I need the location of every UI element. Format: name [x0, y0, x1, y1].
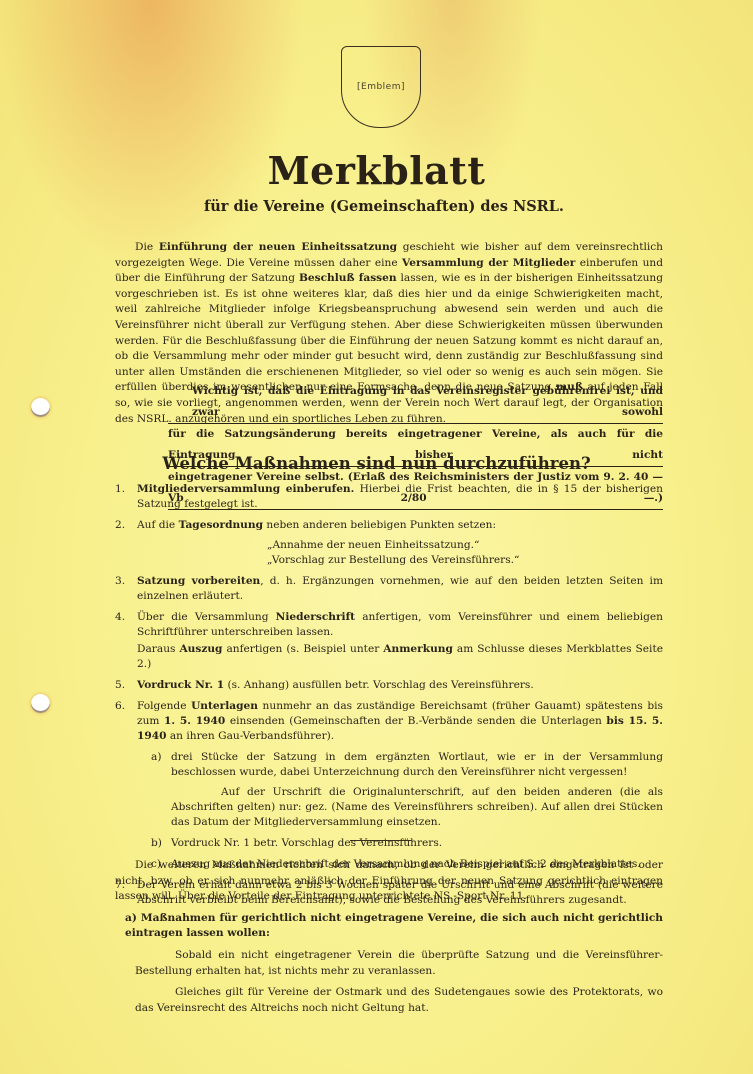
sub-item-label: b)	[151, 836, 162, 851]
section-heading: Welche Maßnahmen sind nun durchzuführen?	[0, 454, 753, 473]
sub-item-text: drei Stücke der Satzung in dem ergänzten…	[171, 751, 663, 778]
step-number: 5.	[115, 678, 125, 693]
closing-paragraph: Sobald ein nicht eingetragener Verein di…	[115, 948, 663, 979]
closing-paragraph: Gleiches gilt für Vereine der Ostmark un…	[115, 985, 663, 1016]
step-item: 3. Satzung vorbereiten, d. h. Ergänzunge…	[115, 574, 663, 604]
document-subtitle: für die Vereine (Gemeinschaften) des NSR…	[0, 198, 753, 215]
subsection-heading: a) Maßnahmen für gerichtlich nicht einge…	[115, 911, 663, 942]
section-divider	[350, 840, 412, 841]
intro-emphasis: Einführung der neuen Einheitssatzung	[159, 241, 397, 253]
notice-line: Wichtig ist, daß die Eintragung in das V…	[168, 381, 663, 424]
step-text: an ihren Gau-Verbandsführer).	[167, 730, 335, 742]
step-item: 4. Über die Versammlung Niederschrift an…	[115, 610, 663, 672]
step-emphasis: Anmerkung	[383, 643, 453, 655]
punch-hole-bottom	[31, 694, 50, 713]
step-number: 6.	[115, 699, 125, 714]
step-item: 5. Vordruck Nr. 1 (s. Anhang) ausfüllen …	[115, 678, 663, 693]
step-emphasis: Auszug	[179, 643, 222, 655]
sub-item: b) Vordruck Nr. 1 betr. Vorschlag des Ve…	[137, 836, 663, 851]
step-text: Auf die	[137, 519, 179, 531]
step-number: 1.	[115, 482, 125, 497]
sub-item-note: Auf der Urschrift die Originalunterschri…	[137, 785, 663, 830]
agenda-quote: „Annahme der neuen Einheitssatzung.“	[137, 538, 663, 553]
step-text: einsenden (Gemeinschaften der B.-Verbänd…	[225, 715, 606, 727]
step-text: (s. Anhang) ausfüllen betr. Vorschlag de…	[224, 679, 534, 691]
closing-paragraph: Die weiteren Maßnahmen richten sich dana…	[115, 858, 663, 905]
step-emphasis: Niederschrift	[276, 611, 355, 623]
intro-text: lassen, wie es in der bisherigen Einheit…	[115, 272, 663, 393]
sub-item: a) drei Stücke der Satzung in dem ergänz…	[137, 750, 663, 780]
step-emphasis: Unterlagen	[191, 700, 258, 712]
intro-text: Die	[135, 241, 159, 253]
intro-emphasis: Versammlung der Mitglieder	[402, 257, 575, 269]
closing-section: Die weiteren Maßnahmen richten sich dana…	[115, 858, 663, 1022]
step-text: Daraus	[137, 643, 179, 655]
step-text: anfertigen (s. Beispiel unter	[222, 643, 383, 655]
step-text: Über die Versammlung	[137, 611, 276, 623]
step-emphasis: Mitgliederversammlung einberufen.	[137, 483, 354, 495]
punch-hole-top	[31, 398, 50, 417]
step-number: 3.	[115, 574, 125, 589]
deadline-date: 1. 5. 1940	[164, 715, 225, 727]
agenda-quote: „Vorschlag zur Bestellung des Vereinsfüh…	[137, 553, 663, 568]
intro-emphasis: Beschluß fassen	[299, 272, 397, 284]
step-emphasis: Vordruck Nr. 1	[137, 679, 224, 691]
step-emphasis: Tagesordnung	[179, 519, 263, 531]
steps-list: 1. Mitgliederversammlung einberufen. Hie…	[115, 482, 663, 914]
step-number: 2.	[115, 518, 125, 533]
step-item: 6. Folgende Unterlagen nunmehr an das zu…	[115, 699, 663, 872]
organization-emblem-icon: [Emblem]	[341, 46, 421, 128]
step-number: 4.	[115, 610, 125, 625]
step-extra: Daraus Auszug anfertigen (s. Beispiel un…	[137, 642, 663, 672]
step-text: neben anderen beliebigen Punkten setzen:	[263, 519, 496, 531]
step-item: 1. Mitgliederversammlung einberufen. Hie…	[115, 482, 663, 512]
sub-item-label: a)	[151, 750, 161, 765]
step-text: Folgende	[137, 700, 191, 712]
step-emphasis: Satzung vorbereiten	[137, 575, 260, 587]
sub-item-text: Vordruck Nr. 1 betr. Vorschlag des Verei…	[171, 837, 442, 849]
step-item: 2. Auf die Tagesordnung neben anderen be…	[115, 518, 663, 568]
document-title: Merkblatt	[0, 148, 753, 193]
